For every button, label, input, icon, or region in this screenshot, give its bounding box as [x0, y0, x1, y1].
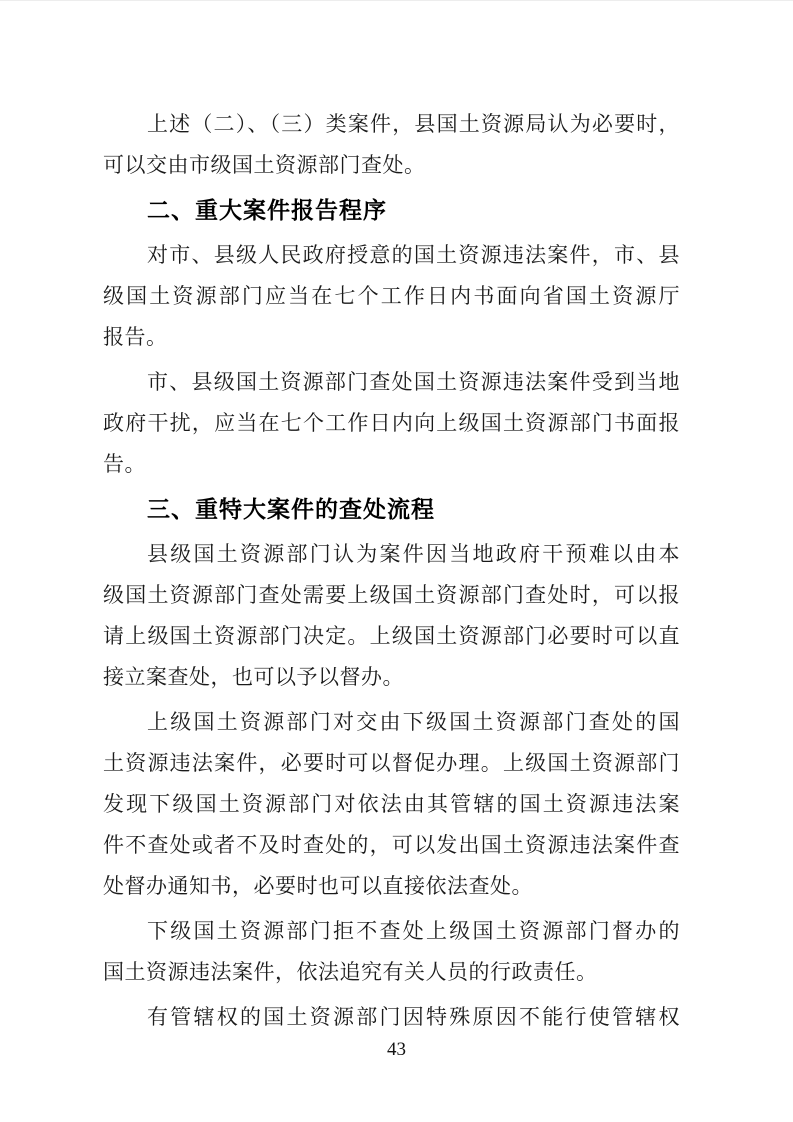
text-line: 可以交由市级国土资源部门查处。	[103, 145, 680, 186]
text-line: 处督办通知书，必要时也可以直接依法查处。	[103, 866, 680, 907]
paragraph: 上级国土资源部门对交由下级国土资源部门查处的国土资源违法案件，必要时可以督促办理…	[103, 702, 680, 907]
text-line: 县级国土资源部门认为案件因当地政府干预难以由本	[103, 534, 680, 575]
text-line: 对市、县级人民政府授意的国土资源违法案件，市、县	[103, 235, 680, 276]
section-heading: 三、重特大案件的查处流程	[103, 489, 680, 530]
text-line: 接立案查处，也可以予以督办。	[103, 657, 680, 698]
text-line: 市、县级国土资源部门查处国土资源违法案件受到当地	[103, 362, 680, 403]
text-line: 级国土资源部门应当在七个工作日内书面向省国土资源厅	[103, 276, 680, 317]
text-line: 土资源违法案件，必要时可以督促办理。上级国土资源部门	[103, 743, 680, 784]
paragraph: 有管辖权的国土资源部门因特殊原因不能行使管辖权	[103, 997, 680, 1038]
paragraph: 上述（二）、（三）类案件，县国土资源局认为必要时，可以交由市级国土资源部门查处。	[103, 104, 680, 186]
page-number: 43	[0, 1039, 793, 1061]
text-line: 上述（二）、（三）类案件，县国土资源局认为必要时，	[103, 104, 680, 145]
paragraph: 对市、县级人民政府授意的国土资源违法案件，市、县级国土资源部门应当在七个工作日内…	[103, 235, 680, 358]
text-line: 报告。	[103, 317, 680, 358]
text-line: 上级国土资源部门对交由下级国土资源部门查处的国	[103, 702, 680, 743]
document-page: 上述（二）、（三）类案件，县国土资源局认为必要时，可以交由市级国土资源部门查处。…	[0, 0, 793, 1122]
text-line: 有管辖权的国土资源部门因特殊原因不能行使管辖权	[103, 997, 680, 1038]
text-line: 下级国土资源部门拒不查处上级国土资源部门督办的	[103, 911, 680, 952]
heading-text: 三、重特大案件的查处流程	[103, 489, 680, 530]
document-body: 上述（二）、（三）类案件，县国土资源局认为必要时，可以交由市级国土资源部门查处。…	[103, 104, 680, 1042]
text-line: 件不查处或者不及时查处的，可以发出国土资源违法案件查	[103, 825, 680, 866]
text-line: 国土资源违法案件，依法追究有关人员的行政责任。	[103, 952, 680, 993]
text-line: 级国土资源部门查处需要上级国土资源部门查处时，可以报	[103, 575, 680, 616]
heading-text: 二、重大案件报告程序	[103, 190, 680, 231]
paragraph: 下级国土资源部门拒不查处上级国土资源部门督办的国土资源违法案件，依法追究有关人员…	[103, 911, 680, 993]
text-line: 请上级国土资源部门决定。上级国土资源部门必要时可以直	[103, 616, 680, 657]
text-line: 政府干扰，应当在七个工作日内向上级国土资源部门书面报	[103, 403, 680, 444]
paragraph: 市、县级国土资源部门查处国土资源违法案件受到当地政府干扰，应当在七个工作日内向上…	[103, 362, 680, 485]
section-heading: 二、重大案件报告程序	[103, 190, 680, 231]
text-line: 告。	[103, 444, 680, 485]
paragraph: 县级国土资源部门认为案件因当地政府干预难以由本级国土资源部门查处需要上级国土资源…	[103, 534, 680, 698]
text-line: 发现下级国土资源部门对依法由其管辖的国土资源违法案	[103, 784, 680, 825]
